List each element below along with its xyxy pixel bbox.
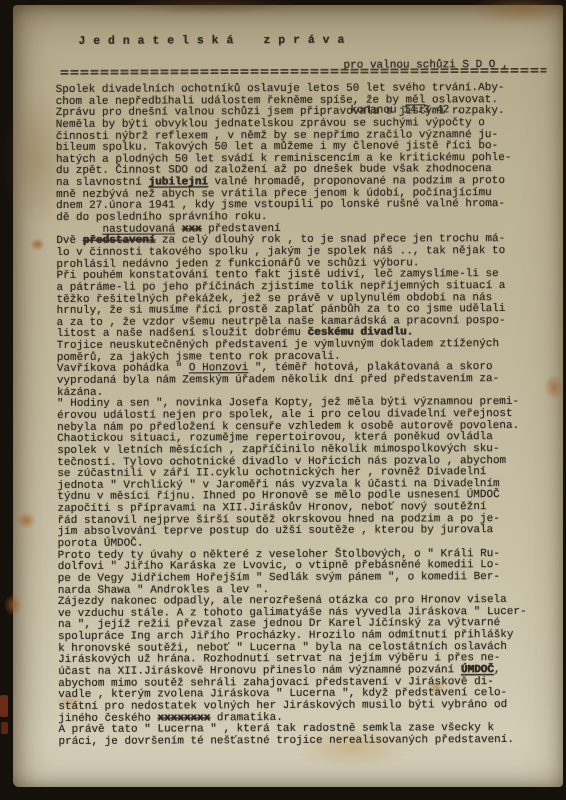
text-segment: představení [83, 235, 156, 247]
text-segment: měl [406, 94, 426, 106]
text-segment: Vavříkova pohádka " [57, 363, 189, 376]
document-content: J e d n a t e l s k á z p r á v a pro va… [0, 0, 566, 800]
text-line: vyprodaná byla nám Zemským úřadem několi… [57, 374, 559, 388]
text-segment: xxx [182, 223, 202, 235]
text-segment: jubilejní [148, 176, 207, 188]
text-segment: práci, je dovršením té nešťastné trojice… [58, 734, 514, 748]
text-segment: , [494, 664, 501, 676]
text-segment: českému divadlu. [308, 327, 414, 339]
text-segment: pe de Vegy Jidřichem Hořejším " Sedlák s… [58, 571, 500, 585]
text-segment: jím absolvování teprve postup do užší so… [58, 524, 494, 538]
text-segment: na slavnostní [56, 177, 148, 189]
text-segment: kázána. [57, 386, 103, 398]
text-segment: dnem 27.února 1941 , kdy jsme vstoupili … [56, 198, 505, 212]
document-body: Spolek divadelních ochotníků oslavuje le… [56, 83, 561, 749]
text-line: práci, je dovršením té nešťastné trojice… [58, 735, 560, 749]
photo-frame: J e d n a t e l s k á z p r á v a pro va… [0, 0, 566, 800]
text-segment: xxxxxxxx [157, 712, 210, 724]
text-segment: vyprodaná byla nám Zemským úřadem několi… [57, 373, 499, 387]
text-segment: ÚMDOČ [461, 664, 494, 676]
text-segment: O Honzovi [189, 363, 248, 375]
text-segment: Dvě [56, 235, 82, 247]
document-title: J e d n a t e l s k á z p r á v a [78, 34, 345, 48]
text-segment: porota ÚMDOČ. [58, 538, 144, 550]
